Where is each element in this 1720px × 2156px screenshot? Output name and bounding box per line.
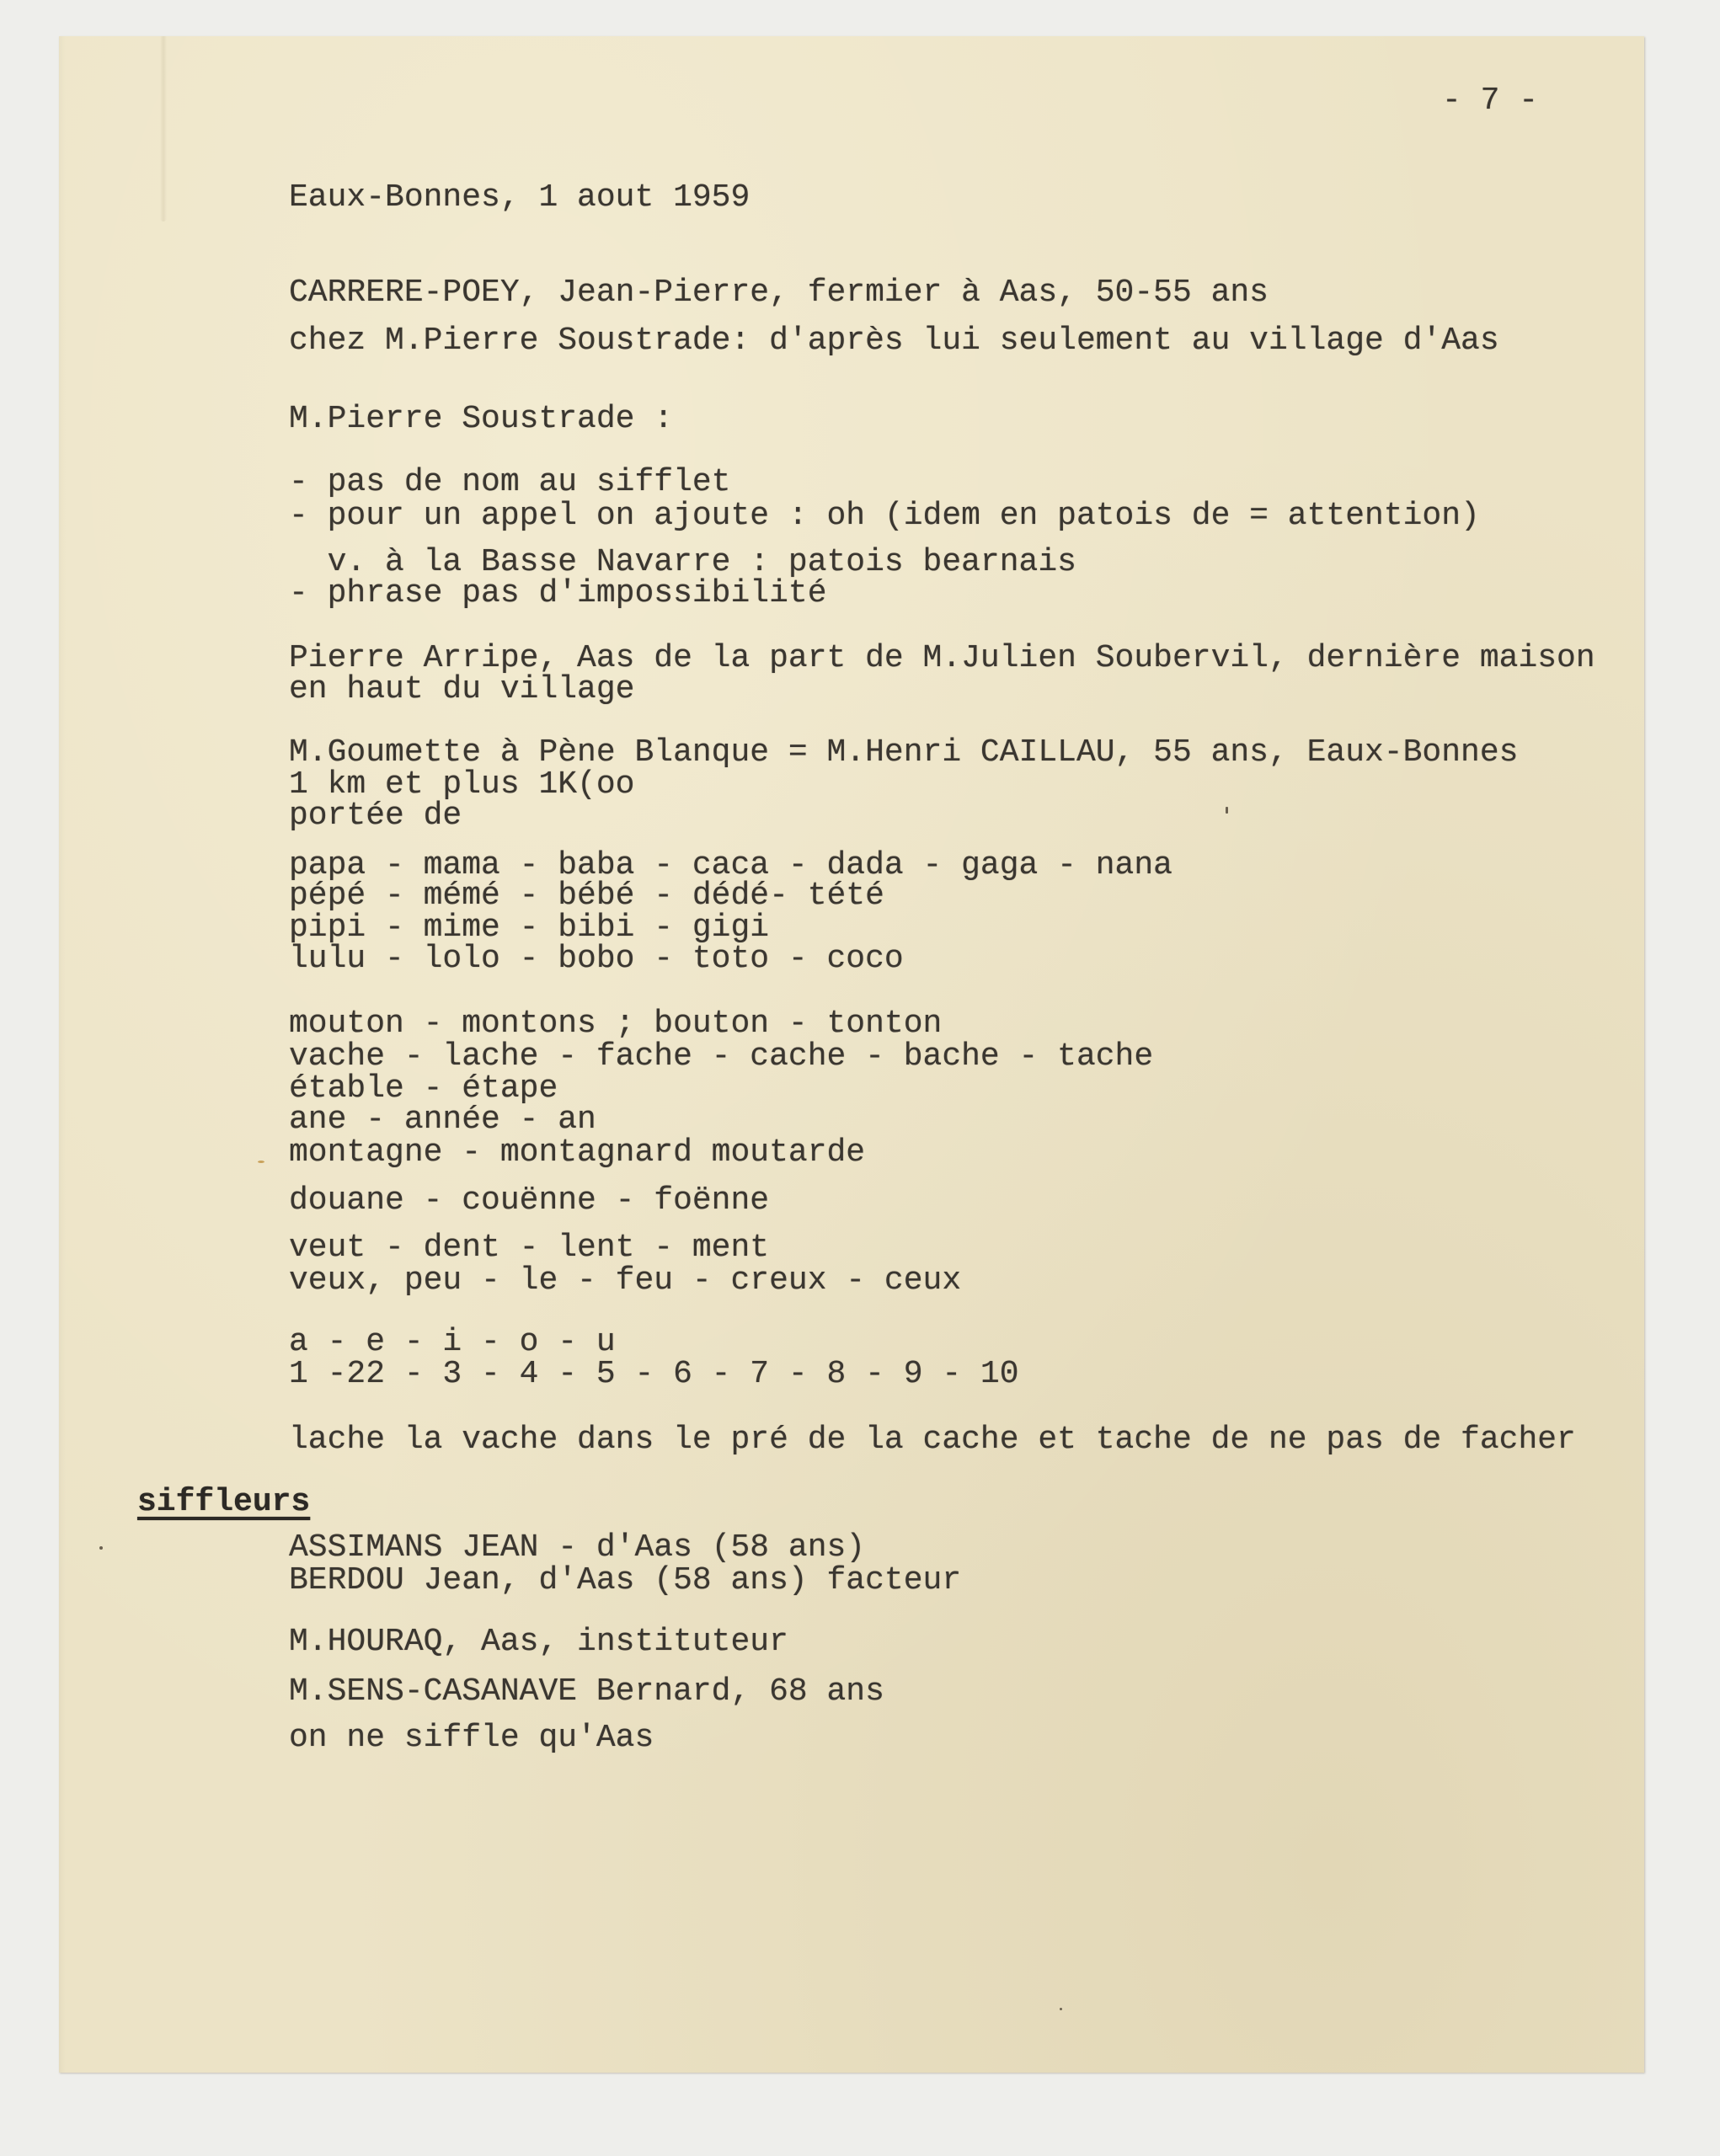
arripe-line-2: en haut du village <box>289 673 634 707</box>
siffleur-entry: BERDOU Jean, d'Aas (58 ans) facteur <box>289 1564 961 1598</box>
arripe-line-1: Pierre Arripe, Aas de la part de M.Julie… <box>289 642 1595 675</box>
word-list-row: ane - année - an <box>289 1103 596 1137</box>
word-list-row: veux, peu - le - feu - creux - ceux <box>289 1264 961 1298</box>
test-sentence: lache la vache dans le pré de la cache e… <box>289 1423 1576 1457</box>
soustrade-heading: M.Pierre Soustrade : <box>289 403 673 436</box>
ink-speck <box>258 1161 264 1163</box>
goumette-line-3: portée de <box>289 799 462 833</box>
syllable-list-row: pipi - mime - bibi - gigi <box>289 911 769 945</box>
ink-speck <box>1060 2008 1062 2010</box>
word-list-row: vache - lache - fache - cache - bache - … <box>289 1040 1153 1074</box>
ink-speck <box>1226 807 1228 814</box>
word-list-row: mouton - montons ; bouton - tonton <box>289 1007 942 1041</box>
soustrade-item: - pour un appel on ajoute : oh (idem en … <box>289 499 1480 533</box>
place-date-heading: Eaux-Bonnes, 1 aout 1959 <box>289 181 750 215</box>
soustrade-item: - phrase pas d'impossibilité <box>289 577 827 611</box>
goumette-line-2: 1 km et plus 1K(oo <box>289 768 634 802</box>
informant-line-1: CARRERE-POEY, Jean-Pierre, fermier à Aas… <box>289 276 1269 310</box>
ink-speck <box>99 1546 103 1550</box>
soustrade-item: - pas de nom au sifflet <box>289 466 731 499</box>
closing-note: on ne siffle qu'Aas <box>289 1721 654 1755</box>
siffleur-entry: M.HOURAQ, Aas, instituteur <box>289 1625 788 1659</box>
syllable-list-row: lulu - lolo - bobo - toto - coco <box>289 942 904 976</box>
word-list-row: veut - dent - lent - ment <box>289 1231 769 1265</box>
syllable-list-row: pépé - mémé - bébé - dédé- tété <box>289 879 884 913</box>
paper-fold-shadow <box>160 36 167 221</box>
informant-line-2: chez M.Pierre Soustrade: d'après lui seu… <box>289 324 1499 358</box>
numbers-row: 1 -22 - 3 - 4 - 5 - 6 - 7 - 8 - 9 - 10 <box>289 1358 1019 1391</box>
word-list-row: douane - couënne - foënne <box>289 1184 769 1218</box>
goumette-line-1: M.Goumette à Pène Blanque = M.Henri CAIL… <box>289 736 1518 770</box>
page-number: - 7 - <box>1442 84 1538 118</box>
siffleur-entry: ASSIMANS JEAN - d'Aas (58 ans) <box>289 1531 865 1565</box>
siffleurs-heading: siffleurs <box>137 1486 310 1519</box>
vowels-row: a - e - i - o - u <box>289 1326 616 1359</box>
word-list-row: étable - étape <box>289 1072 558 1106</box>
word-list-row: montagne - montagnard moutarde <box>289 1136 865 1170</box>
siffleur-entry: M.SENS-CASANAVE Bernard, 68 ans <box>289 1675 884 1709</box>
soustrade-item: v. à la Basse Navarre : patois bearnais <box>289 546 1076 579</box>
